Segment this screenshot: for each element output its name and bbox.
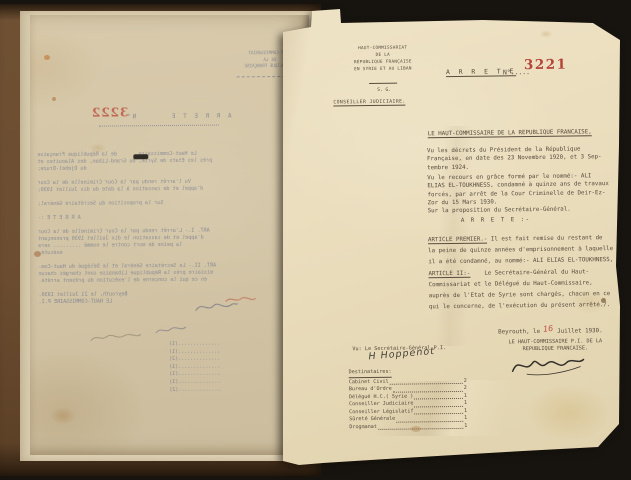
article-premier: ARTICLE PREMIER.- Il est fait remise du … [428,233,613,268]
handwritten-day: 16 [543,325,554,335]
bleed-distribution-list: ..............(1)..............(1)......… [169,340,251,394]
paragraph-recours-grace: Vu le recours en grâce formé par le nomm… [427,172,609,208]
right-sheet: HAUT-COMMISSARIATDE LARÉPUBLIQUE FRANÇAI… [283,6,623,468]
decree-content: HAUT-COMMISSARIATDE LARÉPUBLIQUE FRANÇAI… [280,4,626,470]
opening-line: LE HAUT-COMMISSAIRE DE LA REPUBLIQUE FRA… [428,128,592,138]
distribution-row: Drogmanat1 [349,422,467,431]
distribution-title: Destinataires: [349,369,392,378]
pencil-scribble [89,329,143,349]
bleed-body-text: Le Haut-Commissaire de la République Fra… [37,151,218,307]
paragraph-proposition: Sur la proposition du Secrétaire-Général… [428,206,571,216]
letterhead-service: CONSEILLER JUDICIAIRE. [333,99,405,108]
dateline: Beyrouth, le 16 Juillet 1930. [498,326,603,337]
bleed-signature-squiggle [194,298,240,318]
article-ii: ARTICLE II:- Le Secrétaire-Général du Ha… [428,267,610,313]
letterhead: HAUT-COMMISSARIATDE LARÉPUBLIQUE FRANÇAI… [319,44,447,74]
bleed-arrete-title: A R R E T E N° [125,112,232,120]
paragraph-vu-decrets: Vu les décrets du Président de la Républ… [427,145,602,172]
bleed-signature-squiggle-2 [154,321,188,340]
scanned-book-spread: HAUT-COMMISSARIATDE LARÉPUBLIQUE FRANÇAI… [0,0,631,480]
left-page: HAUT-COMMISSARIATDE LARÉPUBLIQUE FRANÇAI… [30,15,309,455]
bleedthrough-layer: HAUT-COMMISSARIATDE LARÉPUBLIQUE FRANÇAI… [28,14,311,456]
letterhead-rule [369,83,397,84]
bleed-stamp-number: 3222 [91,105,129,119]
sheet-paper: HAUT-COMMISSARIATDE LARÉPUBLIQUE FRANÇAI… [283,6,623,468]
distribution-list: Destinataires: Cabinet Civil2Bureau d'Or… [349,368,468,431]
letterhead-section: S. G. [377,87,391,96]
ink-blot [133,154,148,159]
signature-haut-commissaire [508,352,586,381]
arrete-heading: A R R E T E :- [461,216,531,225]
bleed-title-underline [99,125,219,127]
signature-title: LE HAUT-COMMISSAIRE P.I. DE LAREPUBLIQUE… [492,338,618,354]
decree-number: 3221 [524,61,568,70]
